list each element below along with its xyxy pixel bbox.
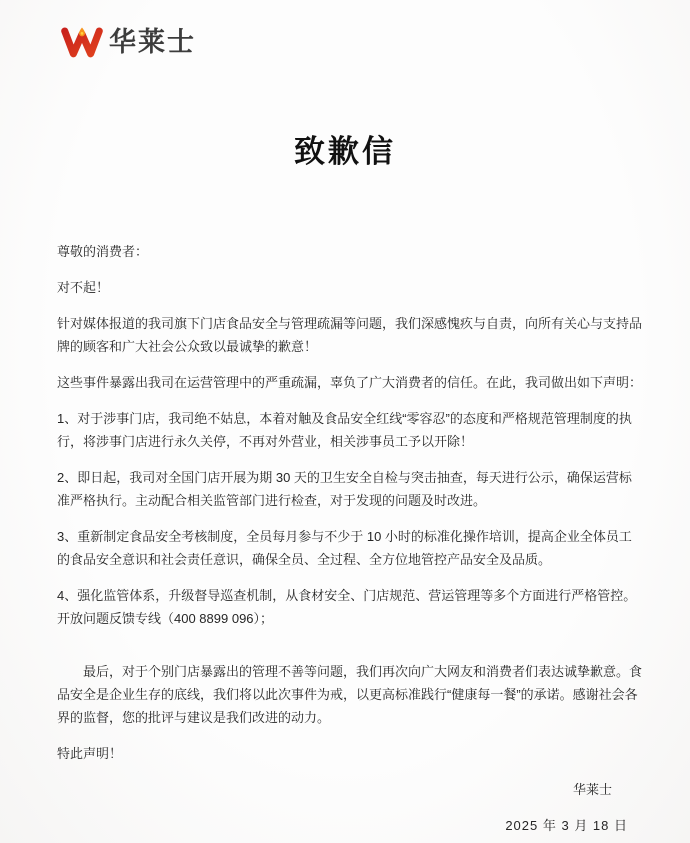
letter-body: 尊敬的消费者： 对不起！ 针对媒体报道的我司旗下门店食品安全与管理疏漏等问题，我… [57, 240, 642, 843]
date: 2025 年 3 月 18 日 [57, 814, 642, 837]
brand-name: 华莱士 [109, 23, 196, 61]
intro-paragraph: 针对媒体报道的我司旗下门店食品安全与管理疏漏等问题，我们深感愧疚与自责，向所有关… [57, 312, 642, 358]
statement-lead: 这些事件暴露出我司在运营管理中的严重疏漏，辜负了广大消费者的信任。在此，我司做出… [57, 371, 642, 394]
statement-item-1: 1、对于涉事门店，我司绝不姑息，本着对触及食品安全红线“零容忍”的态度和严格规范… [57, 407, 642, 453]
opening-line: 对不起！ [57, 276, 642, 299]
salutation: 尊敬的消费者： [57, 240, 642, 263]
brand-logo: 华莱士 [60, 22, 196, 62]
letter-title: 致歉信 [0, 126, 690, 171]
apology-letter-page: 华莱士 致歉信 尊敬的消费者： 对不起！ 针对媒体报道的我司旗下门店食品安全与管… [0, 0, 690, 843]
flame-icon [79, 27, 85, 36]
statement-item-2: 2、即日起，我司对全国门店开展为期 30 天的卫生安全自检与突击抽查，每天进行公… [57, 466, 642, 512]
signature: 华莱士 [57, 778, 642, 801]
statement-item-3: 3、重新制定食品安全考核制度，全员每月参与不少于 10 小时的标准化操作培训，提… [57, 525, 642, 571]
closing-paragraph: 最后，对于个别门店暴露出的管理不善等问题，我们再次向广大网友和消费者们表达诚挚歉… [57, 660, 642, 729]
declaration-line: 特此声明！ [57, 742, 642, 765]
brand-w-icon [60, 23, 104, 61]
statement-item-4: 4、强化监管体系，升级督导巡查机制，从食材安全、门店规范、营运管理等多个方面进行… [57, 584, 642, 630]
